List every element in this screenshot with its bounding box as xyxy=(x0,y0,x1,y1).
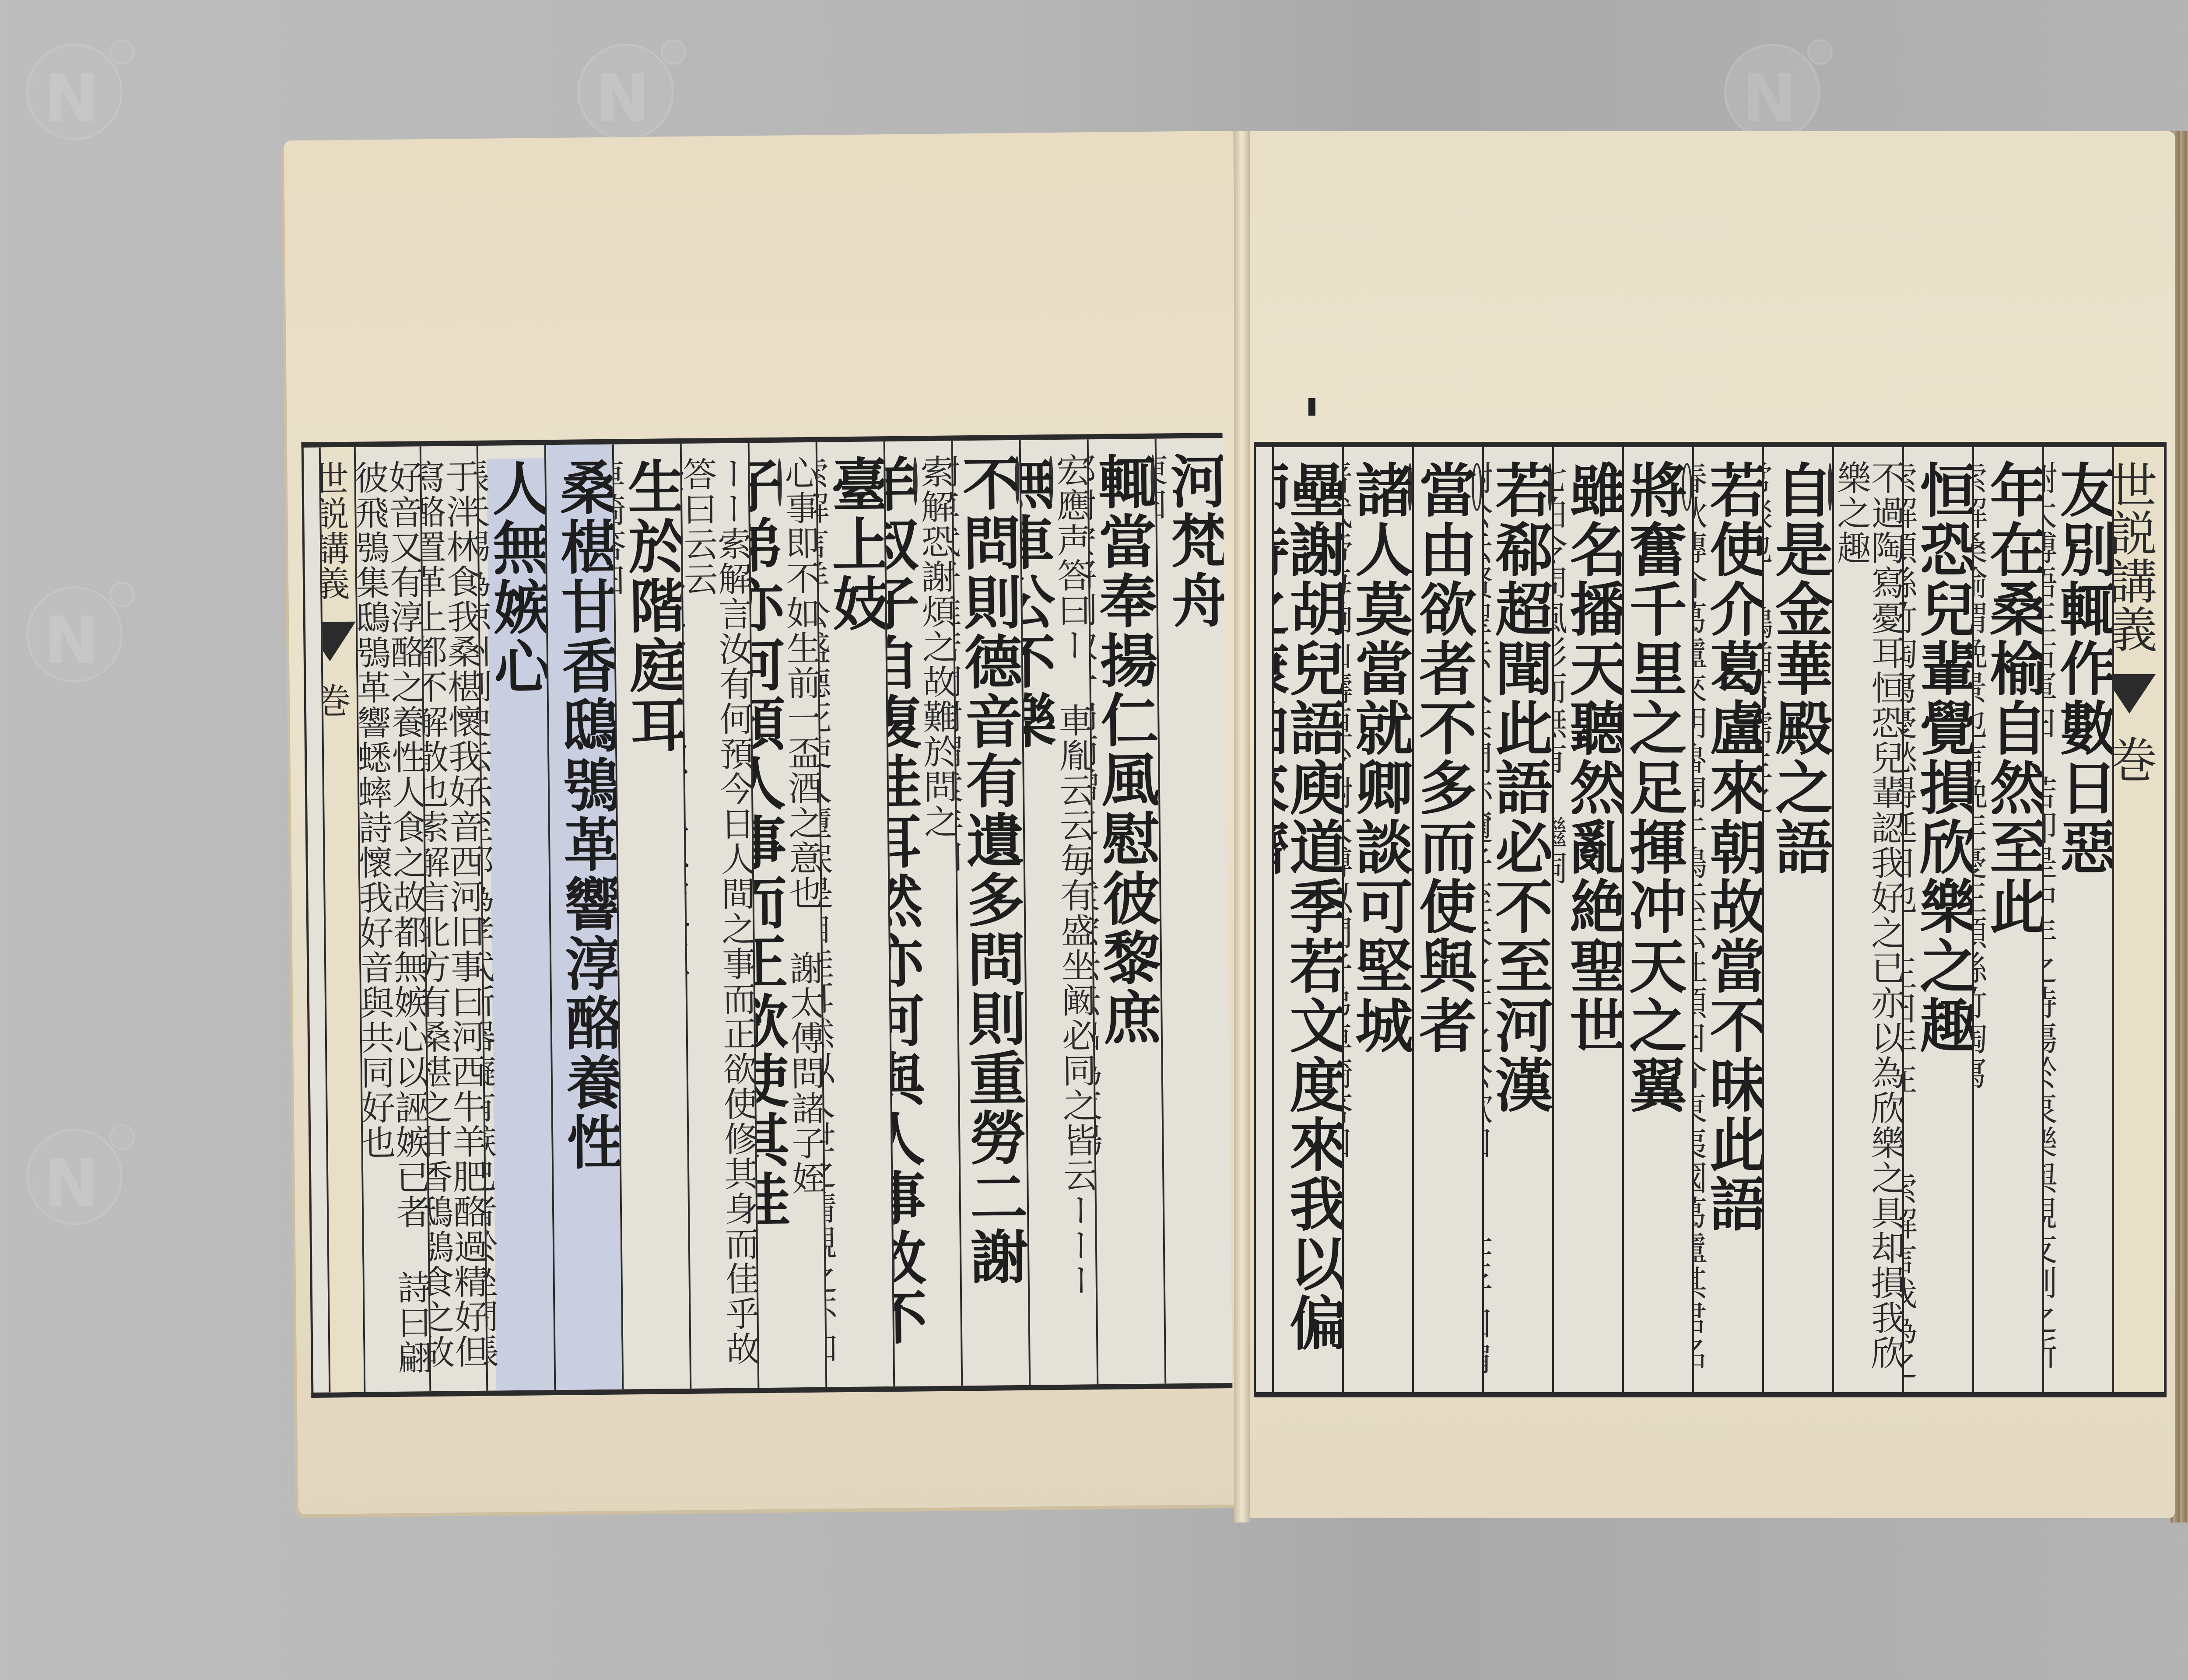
text-column: 索解恐謝煩之故難於問之羊叔子自復佳耳然亦何與人事故不如銅雀 xyxy=(884,441,961,1387)
text-column-highlighted: 桑椹甘香鴟鴞革響淳酪養性 xyxy=(544,444,622,1390)
right-page-text-frame: 世説講義 巻 友別輒作數日惡謝太傅語王右軍曰ー若即是中年之時傷於哀樂與親友別之所… xyxy=(1254,442,2167,1397)
text-column: 年在桑榆自然至此索解桑榆謂晩景也言晩年憂正頼絲竹陶寫 xyxy=(1972,447,2042,1392)
margin-volume-label: 巻 xyxy=(319,682,351,718)
text-column: 于泮林食我桑椹懷我好音西河旧事曰河西牛羊肥酪過精好但寫酪置革上都不解散也索解言北… xyxy=(420,446,487,1391)
margin-volume-label: 巻 xyxy=(2112,735,2157,783)
text-column: 將奮千里之足揮冲天之翼 xyxy=(1622,447,1692,1392)
text-column: 自是金華殿之語常談也 鵬猶言儒生之 xyxy=(1762,447,1832,1392)
fishtail-mark-icon xyxy=(319,622,356,661)
text-column: 生於階庭耳車騎答曰ー xyxy=(612,444,690,1389)
text-column: 不問則德音有遺多問則重勞二謝謝車武子難苦問謝謂袁羊曰ーーー xyxy=(951,440,1029,1386)
text-column: 河梵舟庾曰ーーー xyxy=(1155,438,1233,1384)
text-column: 諸人莫當就卿談可堅城晋武帝每餉山濤恒少謝太傅以問子弟車騎答曰ー xyxy=(1342,447,1412,1392)
text-column: 好音又有淳酪之養性人食之故都無嫉心以誣嫉已者 詩曰翩彼飛鴞集鴟鴞革響蟋蟀詩懷我好… xyxy=(354,446,430,1392)
text-column: 若使介葛盧來朝故當不昧此語春秋傳介葛盧來朝魯聞牛鳴云云杜預曰介東夷國葛盧其君名也… xyxy=(1692,447,1762,1392)
text-column: 當由欲者不多而使與者 xyxy=(1412,447,1482,1392)
watermark-logo-icon: N xyxy=(0,17,144,162)
margin-title: 世説講義 xyxy=(319,460,350,601)
text-column: 恒恐兒輩覺損欣樂之趣索解頼絲竹陶寫憂愁得延日也 王曰年在ー 索解言我為之 xyxy=(1902,447,1972,1392)
text-column: ーー索解言汝有何預今日人間之事而正欲使修其身而佳乎故答曰云云譬如芝蘭玉樹欲使其 xyxy=(680,443,758,1389)
ink-stain xyxy=(1308,398,1315,416)
text-column: 心事即不如生前一盃酒之意也 謝太傅問諸子姪子弟亦何預人事而正欲使其佳 xyxy=(748,442,826,1388)
fishtail-mark-icon xyxy=(2112,674,2156,714)
text-column: 臺上妓索解言羊公盛德死使人墮涙是自佳耳然以人世之情觀之不如魏武使妓歌舞遠甚矣此相… xyxy=(816,441,894,1387)
text-column: 友別輒作數日惡謝太傅語王右軍曰ー若即是中年之時傷於哀樂與親友別之所致也 xyxy=(2042,447,2112,1392)
right-margin-column: 世説講義 巻 xyxy=(2112,447,2164,1392)
text-column: 壘謝胡兒語庾道季若文度來我以偏師待之康伯來濟 xyxy=(1272,447,1342,1392)
text-column: 若郗超聞此語必不至河漢謝公云賢聖去人其間亦邇子姪未之許之公歎曰ー 莊子曰肩吾問連… xyxy=(1482,447,1552,1392)
watermark-logo-icon: N xyxy=(0,1102,144,1247)
text-column: 雖名播天聽然亂絶聖世七伯令問風彰而無有 繼嗣ー xyxy=(1552,447,1622,1392)
text-column: 不過陶寫憂耳恒恐兒輩認我好之已亦以為欣樂之具却損我欣樂之趣 xyxy=(1832,447,1902,1392)
text-column: 人無嫉心張天錫為涼州刺史云云至都為孝武所器癡有嫉已者於坐問張北方何物可貴張曰ー xyxy=(477,445,554,1391)
text-column: 輒當奉揚仁風慰彼黎庶郗謝安將別取一扇而贈之 袁宏云云出為東陽 xyxy=(1087,439,1165,1385)
book-gutter xyxy=(1234,131,1250,1522)
left-page-text-frame: 河梵舟庾曰ーーー 輒當奉揚仁風慰彼黎庶郗謝安將別取一扇而贈之 袁宏云云出為東陽 … xyxy=(302,433,1233,1398)
text-column: 宏應声答曰ー 車胤云云毎有盛坐阚必同之皆云ーーー無車公不樂 xyxy=(1019,439,1097,1385)
margin-title: 世説講義 xyxy=(2112,460,2157,653)
watermark-logo-icon: N xyxy=(0,560,144,704)
